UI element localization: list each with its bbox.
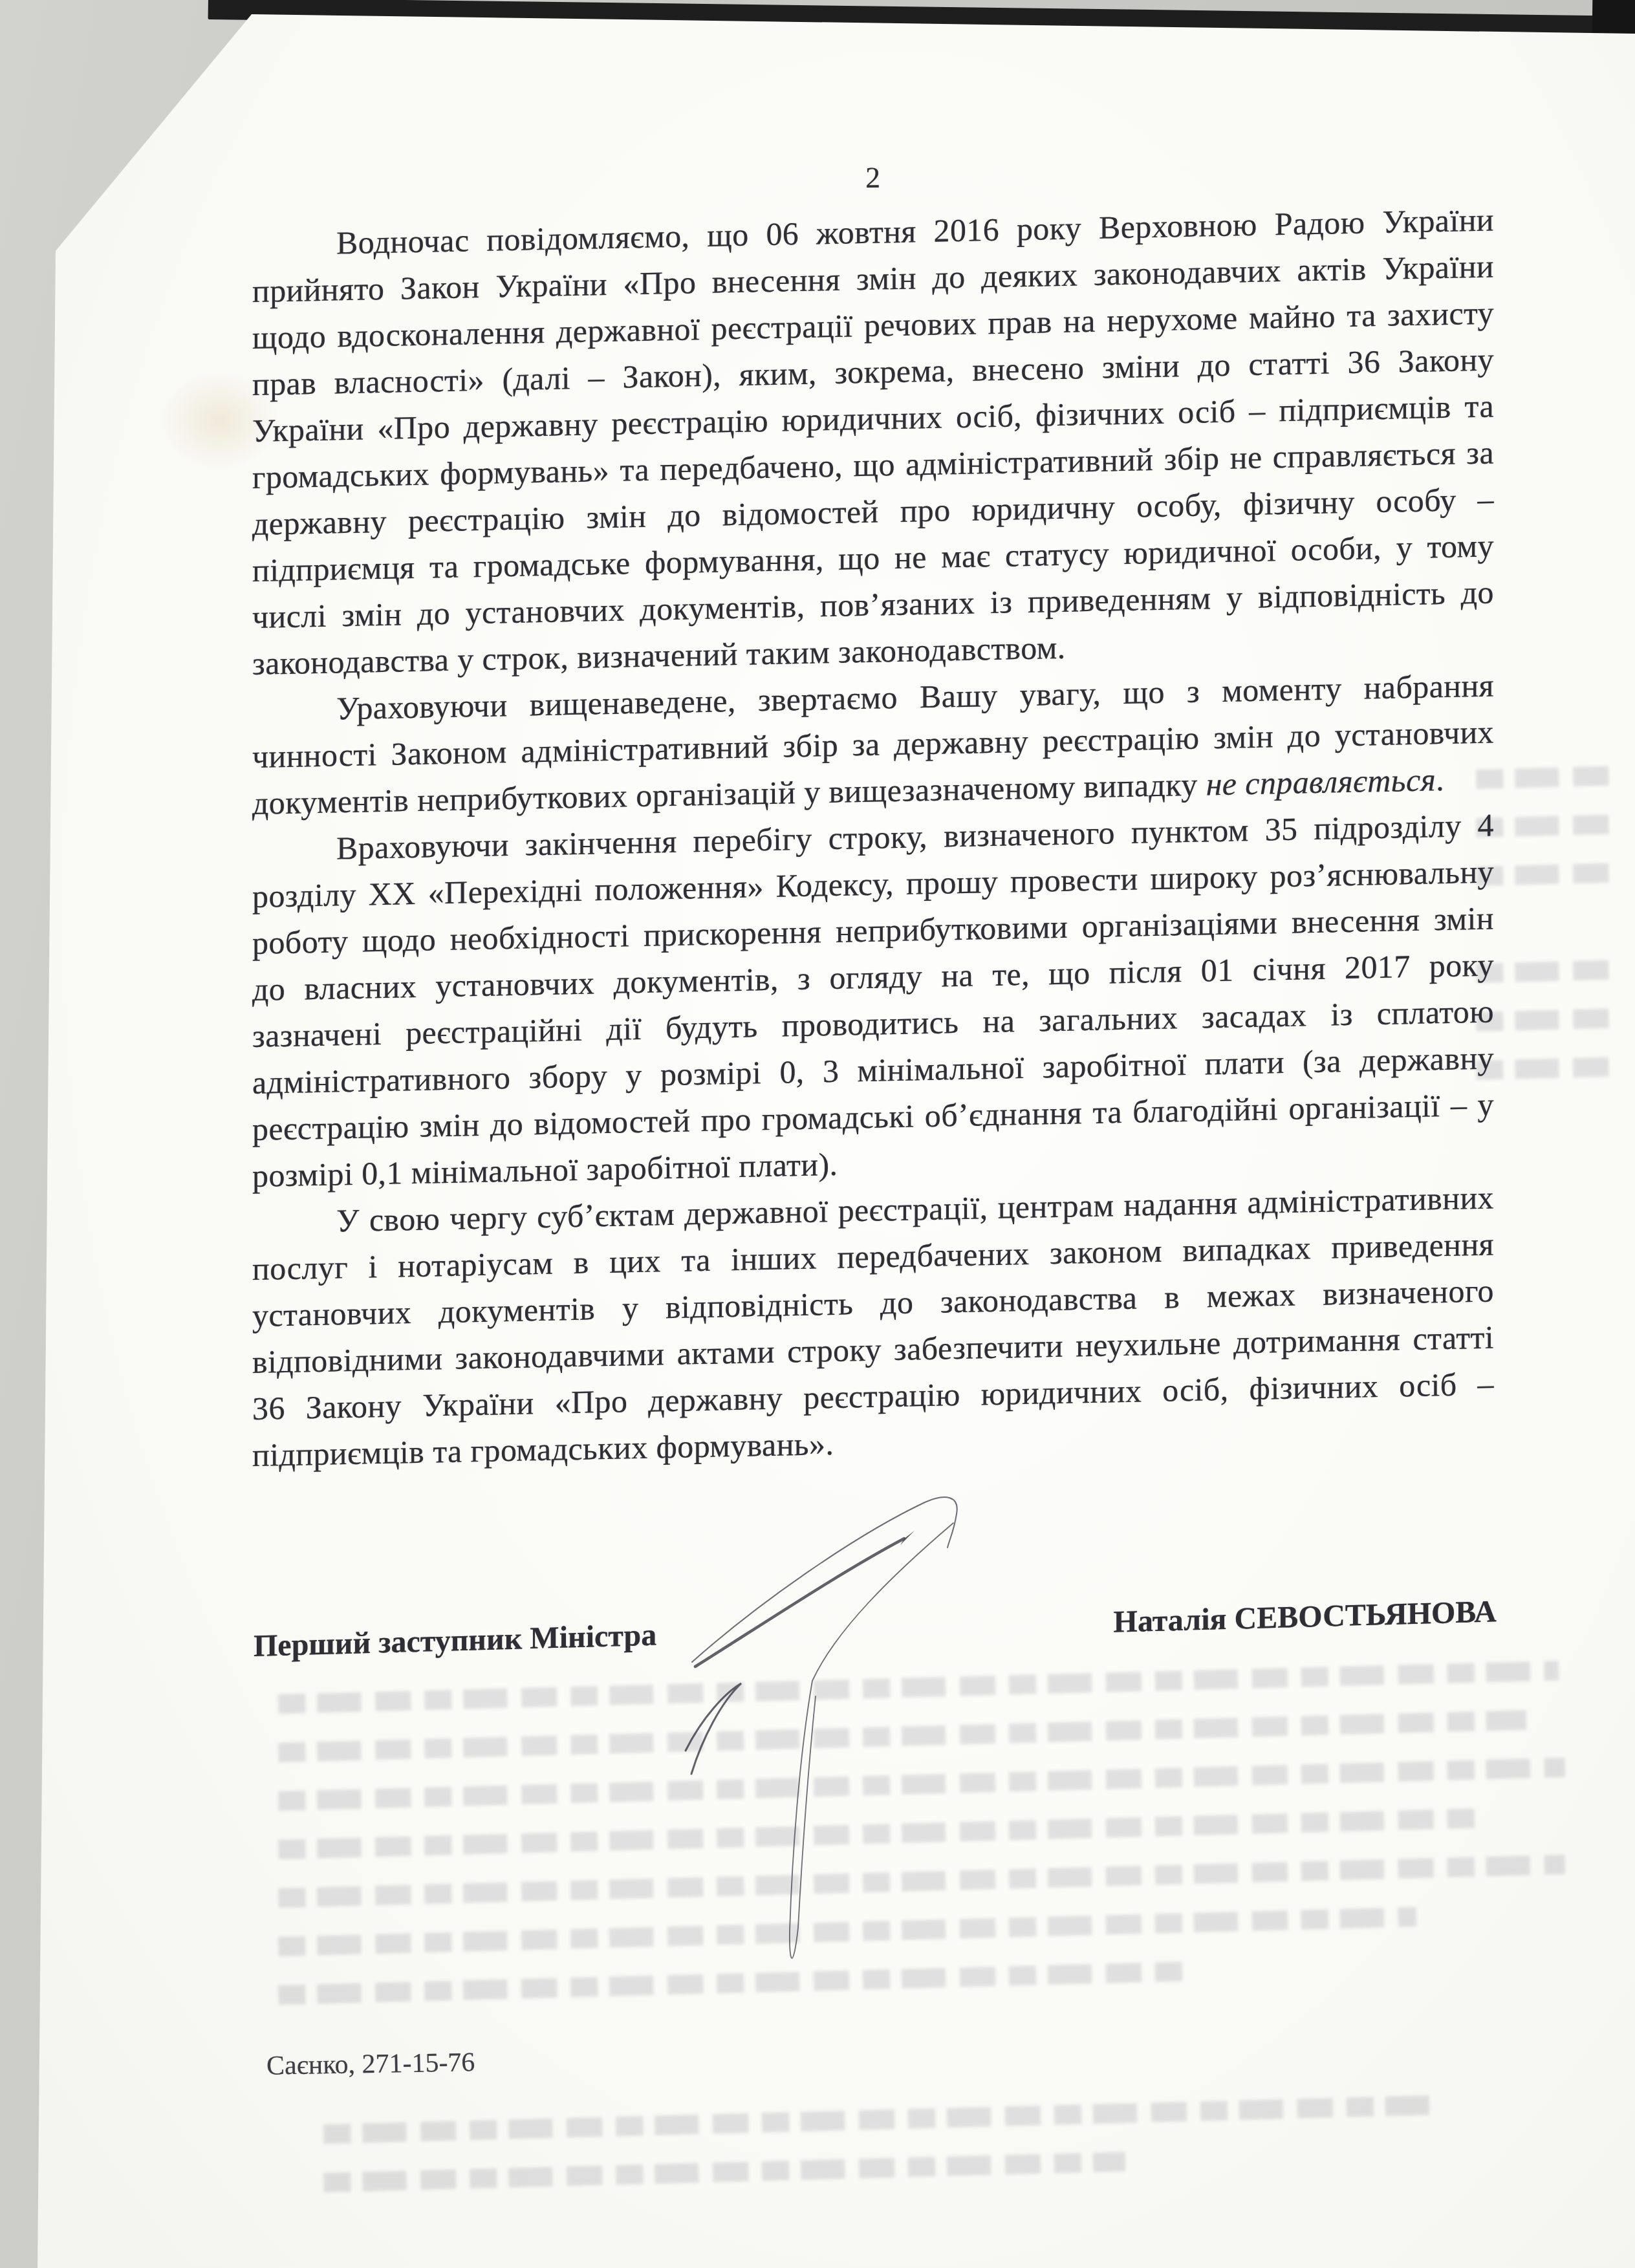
contact-reference: Саєнко, 271-15-76 (266, 2047, 475, 2082)
bleed-through-artifact (1476, 863, 1609, 886)
bleed-through-artifact (323, 2095, 1436, 2144)
scanned-letter-page: { "doc": { "page_number": "2", "p1": "Во… (0, 0, 1635, 2268)
bleed-through-artifact (1476, 766, 1609, 789)
paragraph-4: У свою чергу суб’єктам державної реєстра… (252, 1174, 1494, 1478)
scanned-page: 2 Водночас повідомляємо, що 06 жовтня 20… (0, 0, 1635, 2268)
paragraph-2-emphasis: не справляється (1206, 761, 1436, 802)
paragraph-3: Враховуючи закінчення перебігу строку, в… (252, 801, 1494, 1199)
bleed-through-artifact (1476, 960, 1609, 983)
paragraph-1: Водночас повідомляємо, що 06 жовтня 2016… (252, 196, 1494, 687)
bleed-through-artifact (323, 2152, 1125, 2192)
paragraph-2-period: . (1436, 761, 1444, 797)
signatory-name: Наталія СЕВОСТЬЯНОВА (1114, 1593, 1497, 1640)
letter-body: Водночас повідомляємо, що 06 жовтня 2016… (252, 196, 1494, 1478)
bleed-through-artifact (1476, 1009, 1609, 1031)
bleed-through-artifact (1476, 815, 1609, 837)
page-number: 2 (865, 160, 880, 195)
paragraph-2: Ураховуючи вищенаведене, звертаємо Вашу … (252, 662, 1494, 826)
signatory-title: Перший заступник Міністра (254, 1617, 656, 1664)
bleed-through-artifact (1476, 1057, 1609, 1080)
